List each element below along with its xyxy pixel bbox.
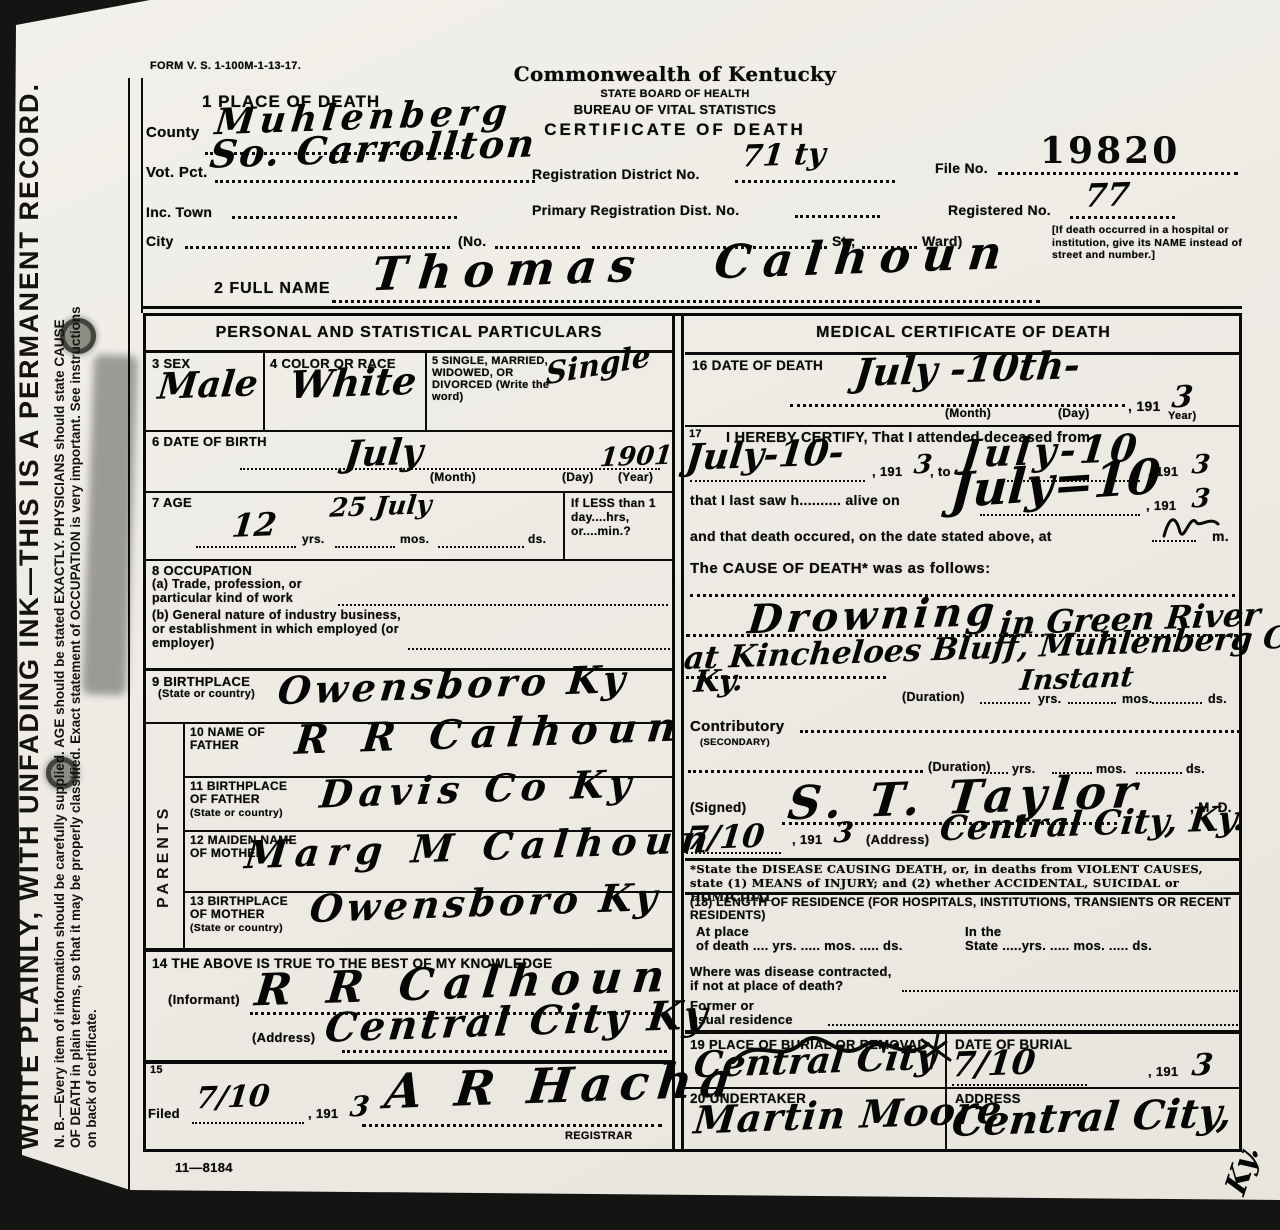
cell-divider xyxy=(263,353,265,430)
filed-num: 15 xyxy=(150,1064,163,1076)
occupation-b: (b) General nature of industry business,… xyxy=(152,608,402,650)
certify-death-label: and that death occured, on the date stat… xyxy=(690,528,1052,544)
dotted-line xyxy=(690,480,865,482)
age-label: 7 AGE xyxy=(152,495,192,510)
cause-intro: The CAUSE OF DEATH* was as follows: xyxy=(690,560,991,577)
certify-to-label: , to xyxy=(930,464,951,479)
occupation-label: 8 OCCUPATION xyxy=(152,563,252,578)
time-scrawl-mark xyxy=(1160,508,1222,542)
father-birthplace-label: 11 BIRTHPLACE OF FATHER xyxy=(190,780,305,806)
ds-caption: ds. xyxy=(528,532,546,546)
signed-year-value: 3 xyxy=(832,816,855,850)
state-country-caption: (State or country) xyxy=(158,688,255,700)
address-caption: (Address) xyxy=(866,832,929,847)
signed-year-print: , 191 xyxy=(792,832,822,847)
rule-line xyxy=(141,78,143,313)
file-no-value: 19820 xyxy=(1040,130,1180,172)
county-label: County xyxy=(146,124,199,141)
dotted-line xyxy=(800,730,1240,733)
dob-label: 6 DATE OF BIRTH xyxy=(152,434,267,449)
district-value: 71 ty xyxy=(740,136,827,174)
dotted-line xyxy=(232,216,457,219)
primary-district-label: Primary Registration Dist. No. xyxy=(532,202,739,218)
age-value: 12 xyxy=(230,505,279,545)
dotted-line xyxy=(1152,702,1202,704)
certify-year-print: , 191 xyxy=(872,464,902,479)
dotted-line xyxy=(332,300,1040,303)
state-country-caption: (State or country) xyxy=(190,807,283,819)
dod-year-print: , 191 xyxy=(1128,398,1161,414)
full-name-label: 2 FULL NAME xyxy=(214,280,330,298)
precinct-label: Vot. Pct. xyxy=(146,164,208,181)
filed-year-value: 3 xyxy=(348,1090,371,1124)
dotted-line xyxy=(438,546,524,548)
personal-section-title: PERSONAL AND STATISTICAL PARTICULARS xyxy=(146,324,672,342)
bureau: BUREAU OF VITAL STATISTICS xyxy=(480,102,870,117)
year-caption: (Year) xyxy=(618,470,653,484)
dotted-line xyxy=(980,702,1030,704)
cell-divider xyxy=(425,353,427,430)
dotted-line xyxy=(192,1122,304,1124)
mos-caption: mos. xyxy=(400,532,429,546)
certify-to-year: 3 xyxy=(1190,450,1211,481)
filed-date-value: 7/10 xyxy=(194,1079,271,1117)
hospital-note: [If death occurred in a hospital or inst… xyxy=(1052,224,1248,262)
inc-town-label: Inc. Town xyxy=(146,204,212,220)
dotted-line xyxy=(980,514,1140,516)
dotted-line xyxy=(686,852,781,854)
year-caption: Year) xyxy=(1168,410,1196,422)
dotted-line xyxy=(408,648,670,650)
dotted-line xyxy=(952,1084,1087,1086)
city-label: City xyxy=(146,233,174,249)
certify-saw-label: that I last saw h.......... alive on xyxy=(690,492,900,508)
day-caption: (Day) xyxy=(562,470,594,484)
cause-value-3: Ky. xyxy=(692,663,745,700)
dotted-line xyxy=(338,604,668,606)
age-less-note: If LESS than 1 day....hrs, or....min.? xyxy=(571,496,671,538)
rule-line xyxy=(128,78,130,1190)
dotted-line xyxy=(335,546,395,548)
dotted-line xyxy=(795,215,880,218)
margin-warning: WRITE PLAINLY, WITH UNFADING INK—THIS IS… xyxy=(14,130,45,1150)
duration-caption: (Duration) xyxy=(902,690,965,704)
dotted-line xyxy=(735,180,895,183)
file-no-label: File No. xyxy=(935,160,988,176)
cell-divider xyxy=(563,491,565,559)
yrs-caption: yrs. xyxy=(302,532,325,546)
dotted-line xyxy=(1068,702,1116,704)
form-number: FORM V. S. 1-100M-1-13-17. xyxy=(150,60,301,72)
burial-date-value: 7/10 xyxy=(950,1042,1038,1085)
rule-line xyxy=(685,425,1242,427)
burial-year-print: , 191 xyxy=(1148,1064,1178,1079)
undertaker-address-value: Central City, xyxy=(950,1089,1235,1146)
medical-section-title: MEDICAL CERTIFICATE OF DEATH xyxy=(685,324,1242,342)
certify-from-date: July-10- xyxy=(684,431,846,479)
ds-caption: ds. xyxy=(1186,762,1205,776)
month-caption: (Month) xyxy=(430,470,476,484)
overwrite-scribble xyxy=(728,1024,963,1074)
burial-year-value: 3 xyxy=(1190,1048,1215,1084)
registered-no-label: Registered No. xyxy=(948,202,1051,218)
date-of-death-value: July -10th- xyxy=(853,342,1083,395)
margin-note: N. B.—Every item of information should b… xyxy=(52,298,100,1148)
age-note: 25 July xyxy=(328,490,433,524)
residence-at-place-2: of death .... yrs. ..... mos. ..... ds. xyxy=(696,938,903,953)
residence-at-place-1: At place xyxy=(696,924,749,939)
day-caption: (Day) xyxy=(1058,406,1090,420)
registrar-label: REGISTRAR xyxy=(565,1130,632,1142)
father-name-label: 10 NAME OF FATHER xyxy=(190,726,285,752)
residence-title: (18) LENGTH OF RESIDENCE (FOR HOSPITALS,… xyxy=(690,896,1239,922)
dob-year-value: 1901 xyxy=(598,441,673,474)
contracted-label-2: if not at place of death? xyxy=(690,978,843,993)
dotted-line xyxy=(196,546,296,548)
signed-label: (Signed) xyxy=(690,800,746,815)
residence-in-state-2: State .....yrs. ..... mos. ..... ds. xyxy=(965,938,1152,953)
marital-label: 5 SINGLE, MARRIED, WIDOWED, OR DIVORCED … xyxy=(432,355,550,403)
mos-caption: mos. xyxy=(1122,692,1152,706)
duration-value: Instant xyxy=(1018,660,1135,697)
dotted-line xyxy=(362,1124,662,1127)
state-country-caption: (State or country) xyxy=(190,922,283,934)
filed-label: Filed xyxy=(148,1106,180,1121)
footer-code: 11—8184 xyxy=(175,1160,233,1175)
death-certificate-scan: WRITE PLAINLY, WITH UNFADING INK—THIS IS… xyxy=(0,0,1280,1230)
dotted-line xyxy=(902,990,1238,992)
mother-birthplace-label: 13 BIRTHPLACE OF MOTHER xyxy=(190,895,305,921)
filed-year-print: , 191 xyxy=(308,1106,338,1121)
sex-value: Male xyxy=(156,362,260,408)
dotted-line xyxy=(1070,216,1175,219)
contracted-label-1: Where was disease contracted, xyxy=(690,964,892,979)
district-label: Registration District No. xyxy=(532,166,700,182)
rule-line xyxy=(685,858,1242,861)
rule-line xyxy=(146,948,672,952)
rule-line xyxy=(146,559,672,561)
cell-divider xyxy=(183,722,185,950)
dotted-line xyxy=(342,1050,667,1053)
yrs-caption: yrs. xyxy=(1038,692,1061,706)
dotted-line xyxy=(215,180,535,183)
commonwealth-title: Commonwealth of Kentucky xyxy=(480,62,870,86)
informant-label: (Informant) xyxy=(168,992,240,1007)
registered-no-value: 77 xyxy=(1083,175,1132,215)
ds-caption: ds. xyxy=(1208,692,1227,706)
month-caption: (Month) xyxy=(945,406,991,420)
former-residence-label-1: Former or xyxy=(690,998,754,1013)
occupation-a: (a) Trade, profession, or particular kin… xyxy=(152,577,357,605)
date-of-death-label: 16 DATE OF DEATH xyxy=(692,358,823,373)
residence-in-state-1: In the xyxy=(965,924,1001,939)
birthplace-label: 9 BIRTHPLACE xyxy=(152,674,250,689)
informant-address-label: (Address) xyxy=(252,1030,315,1045)
dotted-line xyxy=(998,172,1238,175)
rule-line xyxy=(143,306,1242,309)
race-value: White xyxy=(288,358,419,408)
contributory-label: Contributory xyxy=(690,718,784,735)
parents-label: PARENTS xyxy=(155,805,173,908)
state-board: STATE BOARD OF HEALTH xyxy=(480,88,870,100)
secondary-caption: (SECONDARY) xyxy=(700,737,770,748)
